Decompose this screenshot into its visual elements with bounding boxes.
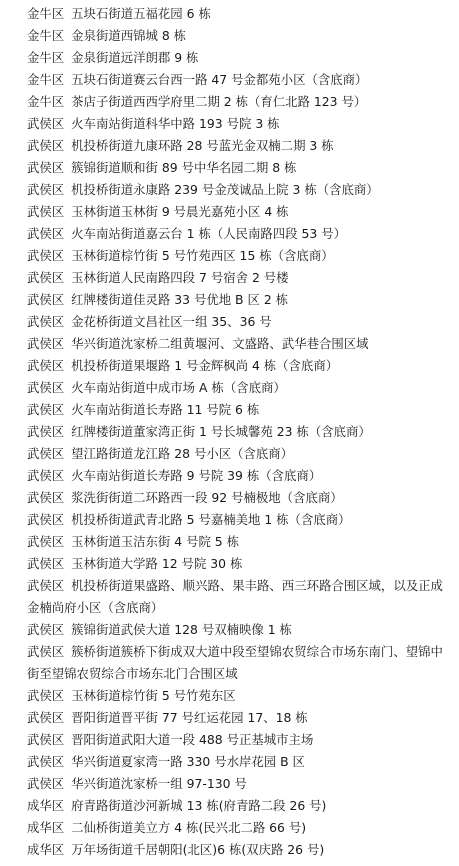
district-label: 武侯区 xyxy=(27,512,64,527)
district-label: 武侯区 xyxy=(27,292,64,307)
list-item: 武侯区机投桥街道果堰路 1 号金辉枫尚 4 栋（含底商） xyxy=(27,355,453,377)
list-item: 武侯区火车南站街道长寿路 11 号院 6 栋 xyxy=(27,399,453,421)
address-text: 机投桥街道果堰路 1 号金辉枫尚 4 栋（含底商） xyxy=(71,358,338,373)
address-text: 府青路街道沙河新城 13 栋(府青路二段 26 号) xyxy=(71,798,326,813)
list-item: 武侯区华兴街道夏家湾一路 330 号水岸花园 B 区 xyxy=(27,751,453,773)
list-item: 武侯区火车南站街道中成市场 A 栋（含底商） xyxy=(27,377,453,399)
list-item: 武侯区晋阳街道晋平街 77 号红运花园 17、18 栋 xyxy=(27,707,453,729)
district-label: 武侯区 xyxy=(27,424,64,439)
address-text: 玉林街道人民南路四段 7 号宿舍 2 号楼 xyxy=(71,270,288,285)
district-label: 武侯区 xyxy=(27,776,64,791)
list-item: 武侯区机投桥街道永康路 239 号金茂诚品上院 3 栋（含底商） xyxy=(27,179,453,201)
district-label: 武侯区 xyxy=(27,116,64,131)
list-item: 武侯区玉林街道大学路 12 号院 30 栋 xyxy=(27,553,453,575)
list-item: 武侯区机投桥街道九康环路 28 号蓝光金双楠二期 3 栋 xyxy=(27,135,453,157)
district-label: 武侯区 xyxy=(27,182,64,197)
district-label: 武侯区 xyxy=(27,446,64,461)
district-label: 武侯区 xyxy=(27,754,64,769)
address-text: 簇桥街道簇桥下街成双大道中段至望锦农贸综合市场东南门、望锦中街至望锦农贸综合市场… xyxy=(27,644,443,681)
district-label: 武侯区 xyxy=(27,710,64,725)
address-text: 金泉街道西锦城 8 栋 xyxy=(71,28,186,43)
list-item: 武侯区玉林街道人民南路四段 7 号宿舍 2 号楼 xyxy=(27,267,453,289)
list-item: 金牛区茶店子街道西西学府里二期 2 栋（育仁北路 123 号） xyxy=(27,91,453,113)
address-text: 晋阳街道晋平街 77 号红运花园 17、18 栋 xyxy=(71,710,308,725)
address-text: 机投桥街道九康环路 28 号蓝光金双楠二期 3 栋 xyxy=(71,138,333,153)
address-text: 红牌楼街道董家湾正街 1 号长城馨苑 23 栋（含底商） xyxy=(71,424,371,439)
list-item: 金牛区五块石街道五福花园 6 栋 xyxy=(27,3,453,25)
district-label: 武侯区 xyxy=(27,204,64,219)
address-text: 望江路街道龙江路 28 号小区（含底商） xyxy=(71,446,293,461)
list-item: 武侯区机投桥街道武青北路 5 号嘉楠美地 1 栋（含底商） xyxy=(27,509,453,531)
address-text: 浆洗街街道二环路西一段 92 号楠极地（含底商） xyxy=(71,490,342,505)
address-text: 簇锦街道顺和街 89 号中华名园二期 8 栋 xyxy=(71,160,296,175)
list-item: 武侯区华兴街道沈家桥二组黄堰河、文盛路、武华巷合围区域 xyxy=(27,333,453,355)
district-label: 成华区 xyxy=(27,820,64,835)
address-text: 二仙桥街道美立方 4 栋(民兴北二路 66 号) xyxy=(71,820,306,835)
district-label: 武侯区 xyxy=(27,688,64,703)
address-text: 茶店子街道西西学府里二期 2 栋（育仁北路 123 号） xyxy=(71,94,366,109)
address-text: 火车南站街道嘉云台 1 栋（人民南路四段 53 号） xyxy=(71,226,346,241)
list-item: 武侯区红牌楼街道佳灵路 33 号优地 B 区 2 栋 xyxy=(27,289,453,311)
district-label: 武侯区 xyxy=(27,732,64,747)
list-item: 武侯区玉林街道棕竹街 5 号竹苑西区 15 栋（含底商） xyxy=(27,245,453,267)
list-item: 武侯区玉林街道棕竹街 5 号竹苑东区 xyxy=(27,685,453,707)
district-label: 金牛区 xyxy=(27,72,64,87)
list-item: 金牛区五块石街道赛云台西一路 47 号金都苑小区（含底商） xyxy=(27,69,453,91)
list-item: 武侯区浆洗街街道二环路西一段 92 号楠极地（含底商） xyxy=(27,487,453,509)
district-label: 武侯区 xyxy=(27,358,64,373)
district-label: 武侯区 xyxy=(27,556,64,571)
list-item: 成华区府青路街道沙河新城 13 栋(府青路二段 26 号) xyxy=(27,795,453,817)
address-text: 金花桥街道文昌社区一组 35、36 号 xyxy=(71,314,272,329)
list-item: 成华区万年场街道千居朝阳(北区)6 栋(双庆路 26 号) xyxy=(27,839,453,861)
list-item: 武侯区火车南站街道科华中路 193 号院 3 栋 xyxy=(27,113,453,135)
address-text: 华兴街道沈家桥二组黄堰河、文盛路、武华巷合围区域 xyxy=(71,336,368,351)
district-label: 武侯区 xyxy=(27,336,64,351)
district-label: 武侯区 xyxy=(27,644,64,659)
address-text: 火车南站街道中成市场 A 栋（含底商） xyxy=(71,380,286,395)
list-item: 武侯区金花桥街道文昌社区一组 35、36 号 xyxy=(27,311,453,333)
address-text: 机投桥街道武青北路 5 号嘉楠美地 1 栋（含底商） xyxy=(71,512,350,527)
list-item: 武侯区望江路街道龙江路 28 号小区（含底商） xyxy=(27,443,453,465)
address-text: 火车南站街道长寿路 9 号院 39 栋（含底商） xyxy=(71,468,321,483)
address-text: 红牌楼街道佳灵路 33 号优地 B 区 2 栋 xyxy=(71,292,288,307)
district-label: 武侯区 xyxy=(27,138,64,153)
district-label: 金牛区 xyxy=(27,6,64,21)
address-text: 华兴街道夏家湾一路 330 号水岸花园 B 区 xyxy=(71,754,305,769)
address-text: 机投桥街道永康路 239 号金茂诚品上院 3 栋（含底商） xyxy=(71,182,379,197)
address-text: 火车南站街道科华中路 193 号院 3 栋 xyxy=(71,116,279,131)
list-item: 武侯区火车南站街道长寿路 9 号院 39 栋（含底商） xyxy=(27,465,453,487)
district-label: 成华区 xyxy=(27,798,64,813)
district-label: 武侯区 xyxy=(27,314,64,329)
list-item: 成华区二仙桥街道美立方 4 栋(民兴北二路 66 号) xyxy=(27,817,453,839)
district-label: 武侯区 xyxy=(27,402,64,417)
list-item: 武侯区红牌楼街道董家湾正街 1 号长城馨苑 23 栋（含底商） xyxy=(27,421,453,443)
district-label: 武侯区 xyxy=(27,226,64,241)
list-item: 金牛区金泉街道西锦城 8 栋 xyxy=(27,25,453,47)
address-text: 玉林街道棕竹街 5 号竹苑西区 15 栋（含底商） xyxy=(71,248,333,263)
address-text: 五块石街道五福花园 6 栋 xyxy=(71,6,211,21)
list-item: 金牛区金泉街道远洋朗郡 9 栋 xyxy=(27,47,453,69)
list-item: 武侯区簇锦街道顺和街 89 号中华名园二期 8 栋 xyxy=(27,157,453,179)
district-label: 金牛区 xyxy=(27,50,64,65)
address-text: 玉林街道玉洁东街 4 号院 5 栋 xyxy=(71,534,239,549)
address-list: 金牛区五块石街道五福花园 6 栋金牛区金泉街道西锦城 8 栋金牛区金泉街道远洋朗… xyxy=(0,0,459,861)
district-label: 武侯区 xyxy=(27,248,64,263)
district-label: 金牛区 xyxy=(27,28,64,43)
list-item: 武侯区玉林街道玉林街 9 号晨光嘉苑小区 4 栋 xyxy=(27,201,453,223)
address-text: 玉林街道玉林街 9 号晨光嘉苑小区 4 栋 xyxy=(71,204,288,219)
list-item: 武侯区玉林街道玉洁东街 4 号院 5 栋 xyxy=(27,531,453,553)
address-text: 晋阳街道武阳大道一段 488 号正基城市主场 xyxy=(71,732,313,747)
list-item: 武侯区晋阳街道武阳大道一段 488 号正基城市主场 xyxy=(27,729,453,751)
address-text: 万年场街道千居朝阳(北区)6 栋(双庆路 26 号) xyxy=(71,842,324,857)
address-text: 簇锦街道武侯大道 128 号双楠映像 1 栋 xyxy=(71,622,292,637)
list-item: 武侯区簇锦街道武侯大道 128 号双楠映像 1 栋 xyxy=(27,619,453,641)
list-item: 武侯区簇桥街道簇桥下街成双大道中段至望锦农贸综合市场东南门、望锦中街至望锦农贸综… xyxy=(27,641,453,685)
address-text: 玉林街道棕竹街 5 号竹苑东区 xyxy=(71,688,235,703)
district-label: 成华区 xyxy=(27,842,64,857)
district-label: 武侯区 xyxy=(27,534,64,549)
district-label: 武侯区 xyxy=(27,622,64,637)
address-text: 金泉街道远洋朗郡 9 栋 xyxy=(71,50,198,65)
address-text: 五块石街道赛云台西一路 47 号金都苑小区（含底商） xyxy=(71,72,367,87)
list-item: 武侯区华兴街道沈家桥一组 97-130 号 xyxy=(27,773,453,795)
address-text: 机投桥街道果盛路、顺兴路、果丰路、西三环路合围区域，以及正成金楠尚府小区（含底商… xyxy=(27,578,443,615)
district-label: 武侯区 xyxy=(27,468,64,483)
address-text: 玉林街道大学路 12 号院 30 栋 xyxy=(71,556,242,571)
address-text: 火车南站街道长寿路 11 号院 6 栋 xyxy=(71,402,259,417)
district-label: 武侯区 xyxy=(27,380,64,395)
list-item: 武侯区机投桥街道果盛路、顺兴路、果丰路、西三环路合围区域，以及正成金楠尚府小区（… xyxy=(27,575,453,619)
list-item: 武侯区火车南站街道嘉云台 1 栋（人民南路四段 53 号） xyxy=(27,223,453,245)
district-label: 武侯区 xyxy=(27,578,64,593)
district-label: 武侯区 xyxy=(27,490,64,505)
district-label: 武侯区 xyxy=(27,270,64,285)
district-label: 武侯区 xyxy=(27,160,64,175)
district-label: 金牛区 xyxy=(27,94,64,109)
address-text: 华兴街道沈家桥一组 97-130 号 xyxy=(71,776,247,791)
